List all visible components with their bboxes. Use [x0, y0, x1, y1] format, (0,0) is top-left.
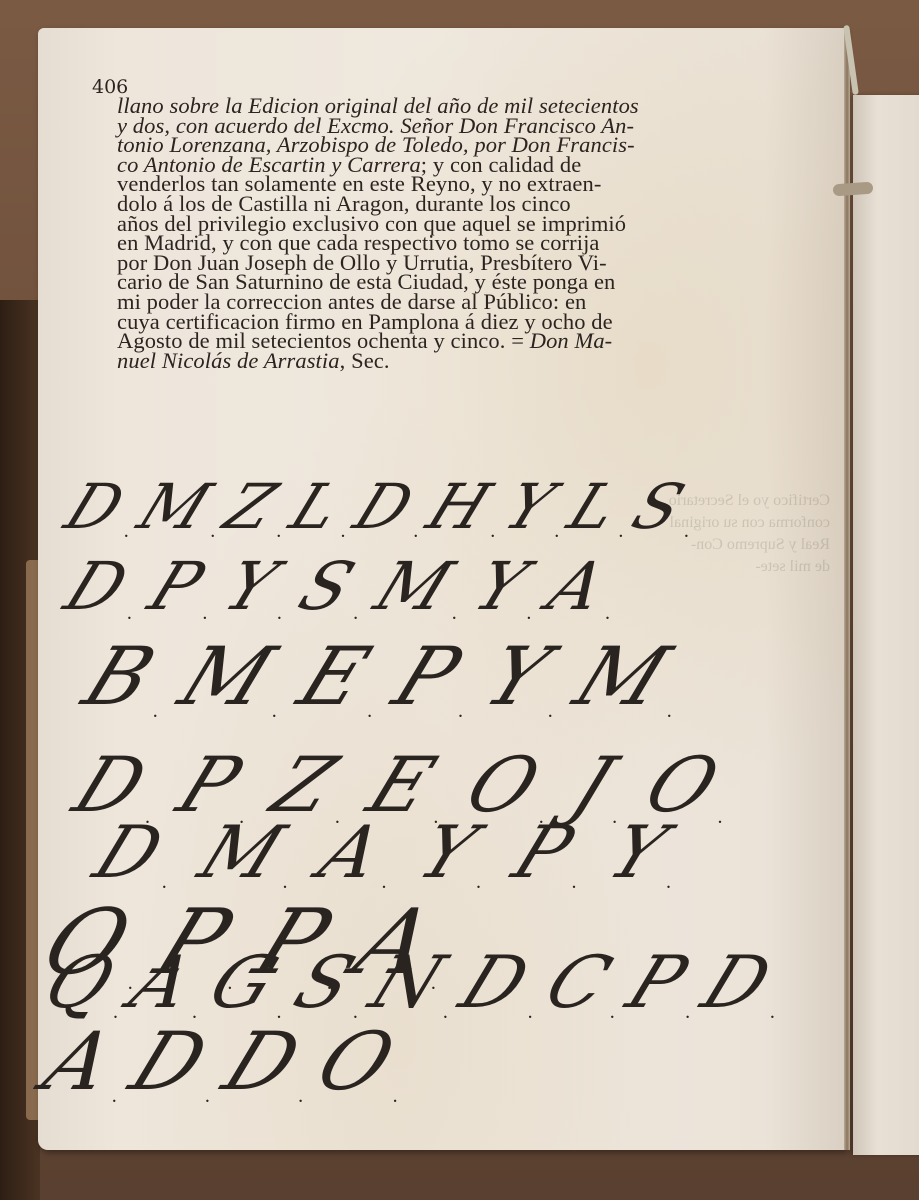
- printed-text-block: llano sobre la Edicion original del año …: [117, 96, 827, 370]
- handwritten-dot: .: [202, 602, 207, 625]
- handwritten-dot: .: [367, 700, 372, 723]
- handwritten-dot: .: [571, 871, 576, 894]
- handwritten-dot: .: [667, 700, 672, 723]
- printed-line-italic-part: Don Ma-: [530, 328, 613, 353]
- handwritten-dot: .: [528, 1001, 533, 1024]
- handwritten-dot: .: [684, 520, 689, 543]
- handwritten-dot: .: [127, 602, 132, 625]
- handwritten-row: B.M.E.P.Y.M.: [90, 630, 700, 723]
- handwritten-dot: .: [717, 806, 722, 829]
- bleed-line: de mil sete-: [640, 556, 830, 578]
- handwritten-dot: .: [548, 700, 553, 723]
- handwritten-dot: .: [153, 700, 158, 723]
- handwritten-row: Q.A.G.S.N.D.C.P.D.: [50, 940, 793, 1024]
- handwritten-dot: .: [443, 1001, 448, 1024]
- handwritten-dot: .: [685, 1001, 690, 1024]
- handwritten-dot: .: [353, 602, 358, 625]
- printed-line: nuel Nicolás de Arrastia, Sec.: [117, 351, 827, 371]
- handwritten-dot: .: [112, 1085, 117, 1108]
- handwritten-row: D.M.Z.L.D.H.Y.L.S.: [70, 470, 703, 543]
- handwritten-dot: .: [610, 1001, 615, 1024]
- handwritten-row: D.M.A.Y.P.Y.: [100, 810, 709, 894]
- book-spine-gutter: [844, 30, 850, 1150]
- handwritten-initial: M: [365, 548, 464, 625]
- printed-line-italic-part: nuel Nicolás de Arrastia: [117, 348, 340, 373]
- handwritten-initial: N: [359, 940, 456, 1024]
- handwritten-initial: M: [128, 470, 221, 543]
- adjacent-page: [853, 95, 919, 1155]
- handwritten-initial: M: [167, 630, 286, 723]
- handwritten-dot: .: [605, 602, 610, 625]
- handwritten-dot: .: [476, 871, 481, 894]
- handwritten-dot: .: [452, 602, 457, 625]
- handwritten-dot: .: [526, 602, 531, 625]
- handwritten-initial: D: [345, 470, 424, 543]
- handwritten-initial: M: [562, 630, 681, 723]
- handwritten-dot: .: [298, 1085, 303, 1108]
- handwritten-dot: .: [277, 602, 282, 625]
- handwritten-dot: .: [393, 1085, 398, 1108]
- handwritten-dot: .: [458, 700, 463, 723]
- handwritten-dot: .: [770, 1001, 775, 1024]
- handwritten-initial: M: [188, 810, 296, 894]
- handwritten-dot: .: [666, 871, 671, 894]
- handwritten-row: A.D.D.O.: [50, 1015, 418, 1108]
- handwritten-dot: .: [272, 700, 277, 723]
- handwritten-dot: .: [205, 1085, 210, 1108]
- handwritten-initial: H: [417, 470, 501, 543]
- handwritten-row: D.P.Y.S.M.Y.A.: [70, 548, 632, 625]
- printed-line-roman-part: , Sec.: [340, 348, 390, 373]
- handwritten-dot: .: [124, 520, 129, 543]
